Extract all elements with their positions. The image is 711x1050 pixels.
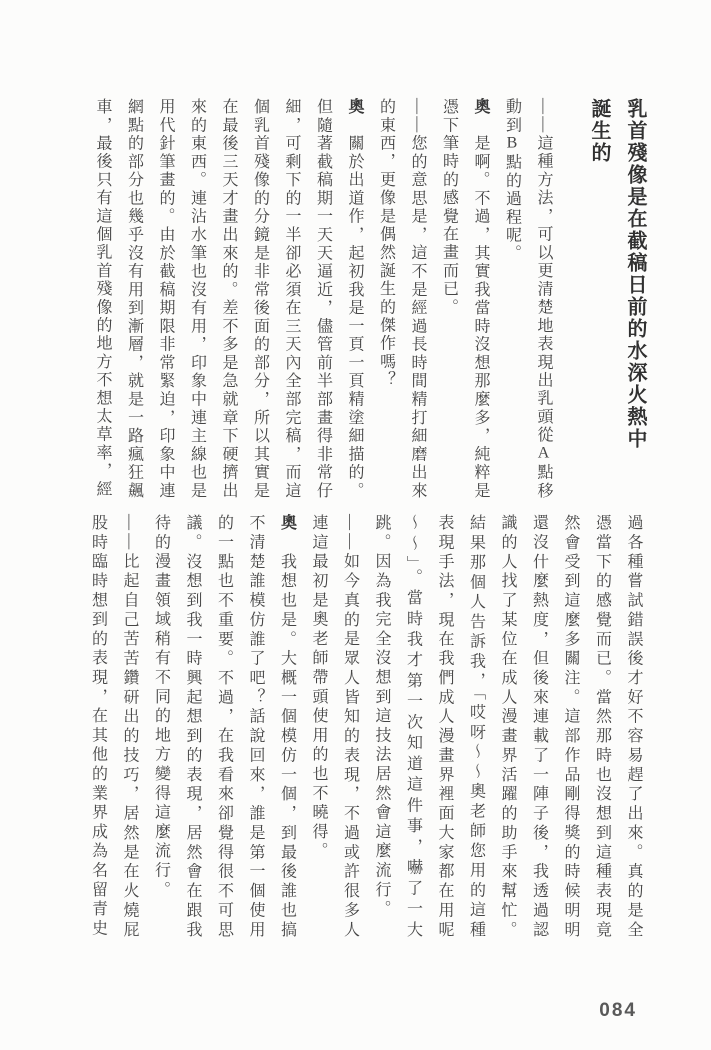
- paragraph-text: 關於出道作，起初我是一頁一頁精塗細描的。但隨著截稿期一天天逼近，儘管前半部畫得非…: [94, 98, 363, 500]
- paragraph: 奧 是啊。不過，其實我當時沒想那麼多，純粹是憑下筆時的感覺在畫而已。: [433, 98, 496, 500]
- section-heading: 乳首殘像是在截稿日前的水深火熱中誕生的: [581, 98, 653, 452]
- paragraph: 奧 關於出道作，起初我是一頁一頁精塗細描的。但隨著截稿期一天天逼近，儘管前半部畫…: [87, 98, 371, 500]
- paragraph-text: 過各種嘗試錯誤後才好不容易趕了出來。真的是全憑當下的感覺而已。當然那時也沒想到這…: [373, 514, 642, 940]
- paragraph-text: ——比起自己苦苦鑽研出的技巧，居然是在火燒屁股時臨時想到的表現，在其他的業界成為…: [90, 514, 139, 940]
- paragraph: ——如今真的是眾人皆知的表現，不過或許很多人連這最初是奧老師帶頭使用的也不曉得。: [303, 514, 366, 940]
- speaker-label: 奧: [346, 98, 363, 116]
- paragraph-text: 我想也是。大概一個模仿一個，到最後誰也搞不清楚誰模仿誰了吧？話說回來，誰是第一個…: [153, 514, 296, 940]
- text-block-top: 乳首殘像是在截稿日前的水深火熱中誕生的 ——這種方法，可以更清楚地表現出乳頭從A…: [87, 98, 654, 500]
- paragraph: 奧 我想也是。大概一個模仿一個，到最後誰也搞不清楚誰模仿誰了吧？話說回來，誰是第…: [145, 514, 303, 940]
- paragraph-text: ——這種方法，可以更清楚地表現出乳頭從A點移動到B點的過程呢。: [504, 98, 553, 500]
- speaker-label: 奧: [279, 514, 296, 533]
- paragraph: ——比起自己苦苦鑽研出的技巧，居然是在火燒屁股時臨時想到的表現，在其他的業界成為…: [82, 514, 145, 940]
- book-page: 乳首殘像是在截稿日前的水深火熱中誕生的 ——這種方法，可以更清楚地表現出乳頭從A…: [0, 0, 711, 1050]
- paragraph-text: ——您的意思是，這不是經過長時間精打細磨出來的東西，更像是偶然誕生的傑作嗎？: [378, 98, 427, 500]
- paragraph-text: 是啊。不過，其實我當時沒想那麼多，純粹是憑下筆時的感覺在畫而已。: [441, 98, 490, 500]
- speaker-label: 奧: [472, 98, 489, 116]
- paragraph: 過各種嘗試錯誤後才好不容易趕了出來。真的是全憑當下的感覺而已。當然那時也沒想到這…: [366, 514, 650, 940]
- text-block-bottom: 過各種嘗試錯誤後才好不容易趕了出來。真的是全憑當下的感覺而已。當然那時也沒想到這…: [82, 514, 649, 940]
- paragraph-text: ——如今真的是眾人皆知的表現，不過或許很多人連這最初是奧老師帶頭使用的也不曉得。: [310, 514, 359, 940]
- paragraph: ——這種方法，可以更清楚地表現出乳頭從A點移動到B點的過程呢。: [496, 98, 559, 500]
- paragraph: ——您的意思是，這不是經過長時間精打細磨出來的東西，更像是偶然誕生的傑作嗎？: [370, 98, 433, 500]
- page-number: 084: [599, 1000, 637, 1022]
